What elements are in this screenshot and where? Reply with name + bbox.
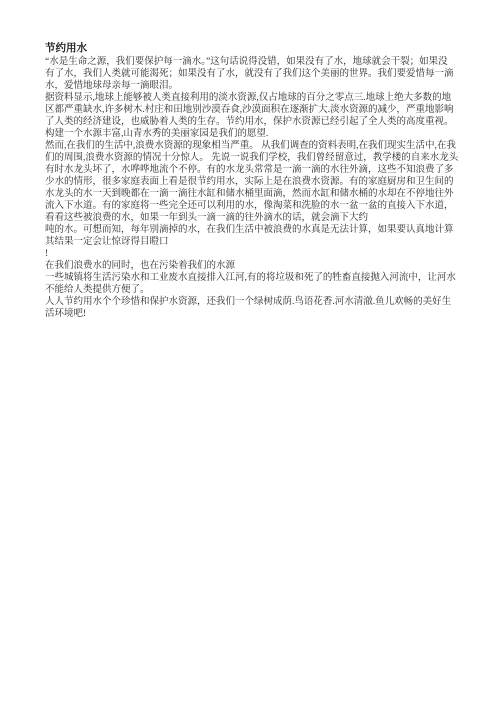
text-line: 据资料显示,地球上能够被人类直接利用的淡水资源,仅占地球的百分之零点三.地球上绝…: [45, 92, 465, 104]
text-line: 水龙头的水一天到晚都在一滴一滴往水缸和储水桶里面滴，然而水缸和储水桶的水却在不停…: [45, 188, 465, 200]
text-line: 区都严重缺水,许多树木.村庄和田地别沙漠吞食,沙漠面积在逐渐扩大.淡水资源的减少…: [45, 104, 465, 116]
text-line: 流入下水道。有的家庭将一些完全还可以利用的水，像淘菜和洗脸的水一盆一盆的直接入下…: [45, 200, 465, 212]
document-title: 节约用水: [45, 43, 465, 55]
text-line: “水是生命之源，我们要保护每一滴水。”这句话说得没错，如果没有了水，地球就会干裂…: [45, 56, 465, 68]
document-content: 节约用水 “水是生命之源，我们要保护每一滴水。”这句话说得没错，如果没有了水，地…: [45, 43, 465, 320]
text-line: 看看这些被浪费的水，如果一年到头一滴一滴的往外滴水的话，就会滴下大约: [45, 212, 465, 224]
text-line: 了人类的经济建设，也威胁着人类的生存。节约用水，保护水资源已经引起了全人类的高度…: [45, 116, 465, 128]
text-line: 们的周围,浪费水资源的情况十分惊人。 先说一说我们学校，我们曾经留意过，教学楼的…: [45, 152, 465, 164]
text-line: 少水的情形，很多家庭表面上看是很节约用水，实际上是在浪费水资源。有的家庭厨房和卫…: [45, 176, 465, 188]
text-line: 其结果一定会让惊讶得目瞪口: [45, 236, 465, 248]
document-body: “水是生命之源，我们要保护每一滴水。”这句话说得没错，如果没有了水，地球就会干裂…: [45, 56, 465, 320]
document-page: 节约用水 “水是生命之源，我们要保护每一滴水。”这句话说得没错，如果没有了水，地…: [0, 0, 500, 707]
text-line: 有了水，我们人类就可能渴死；如果没有了水，就没有了我们这个美丽的世界。我们要爱惜…: [45, 68, 465, 80]
text-line: 水，爱惜地球母亲每一滴眼泪。: [45, 80, 465, 92]
text-line: 构建一个水源丰富,山青水秀的美丽家园是我们的愿望.: [45, 128, 465, 140]
text-line: 人人节约用水个个珍惜和保护水资源，还我们一个绿树成荫.鸟语花香.河水清澈.鱼儿欢…: [45, 296, 465, 308]
text-line: !: [45, 248, 465, 260]
text-line: 不能给人类提供方便了。: [45, 284, 465, 296]
text-line: 一些城镇将生活污染水和工业废水直接排入江河,有的将垃圾和死了的牲畜直接抛入河流中…: [45, 272, 465, 284]
text-line: 活环境吧!: [45, 308, 465, 320]
text-line: 在我们浪费水的同时，也在污染着我们的水源: [45, 260, 465, 272]
text-line: 有时水龙头坏了，水哗哗地流个不停。有的水龙头常常是一滴一滴的水往外滴，这些不知浪…: [45, 164, 465, 176]
text-line: 吨的水。可想而知，每年别滴掉的水，在我们生活中被浪费的水真是无法计算，如果要认真…: [45, 224, 465, 236]
text-line: 然而,在我们的生活中,浪费水资源的现象相当严重。 从我们调查的资料表明,在我们现…: [45, 140, 465, 152]
